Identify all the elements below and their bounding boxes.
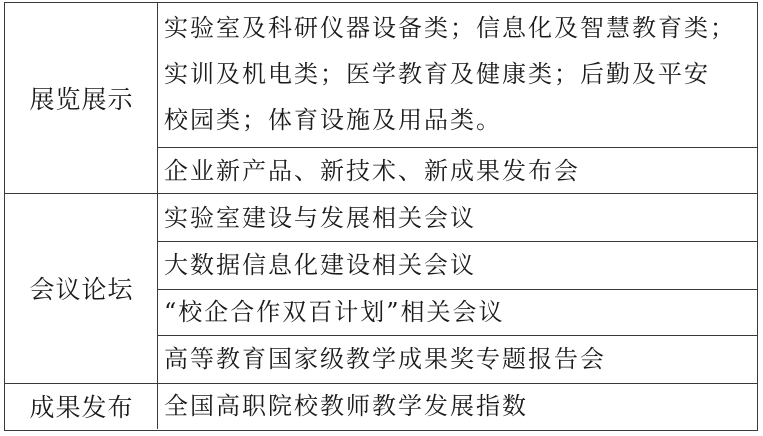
forum-item: 高等教育国家级教学成果奖专题报告会 xyxy=(164,336,606,382)
section-label-forum: 会议论坛 xyxy=(5,193,158,383)
results-item: 全国高职院校教师教学发展指数 xyxy=(164,383,528,429)
cell-line: 企业新产品、新技术、新成果发布会 xyxy=(164,148,580,194)
cell-line: “校企合作双百计划”相关会议 xyxy=(164,289,505,335)
section-label-exhibition: 展览展示 xyxy=(5,3,158,193)
section-label-text: 展览展示 xyxy=(29,80,133,116)
exhibition-categories: 实验室及科研仪器设备类；信息化及智慧教育类； 实训及机电类；医学教育及健康类；后… xyxy=(164,5,736,143)
cell-line: 高等教育国家级教学成果奖专题报告会 xyxy=(164,336,606,382)
section-label-text: 会议论坛 xyxy=(29,270,133,306)
forum-item: 实验室建设与发展相关会议 xyxy=(164,195,476,241)
cell-line: 校园类；体育设施及用品类。 xyxy=(164,97,736,143)
cell-line: 全国高职院校教师教学发展指数 xyxy=(164,383,528,429)
forum-item: 大数据信息化建设相关会议 xyxy=(164,242,476,288)
cell-line: 实验室建设与发展相关会议 xyxy=(164,195,476,241)
section-label-results: 成果发布 xyxy=(5,383,158,429)
activity-table: 展览展示 实验室及科研仪器设备类；信息化及智慧教育类； 实训及机电类；医学教育及… xyxy=(4,2,758,431)
product-launch-item: 企业新产品、新技术、新成果发布会 xyxy=(164,148,580,194)
cell-line: 大数据信息化建设相关会议 xyxy=(164,242,476,288)
cell-line: 实训及机电类；医学教育及健康类；后勤及平安 xyxy=(164,51,736,97)
forum-item: “校企合作双百计划”相关会议 xyxy=(164,289,505,335)
cell-line: 实验室及科研仪器设备类；信息化及智慧教育类； xyxy=(164,5,736,51)
section-label-text: 成果发布 xyxy=(29,388,133,424)
